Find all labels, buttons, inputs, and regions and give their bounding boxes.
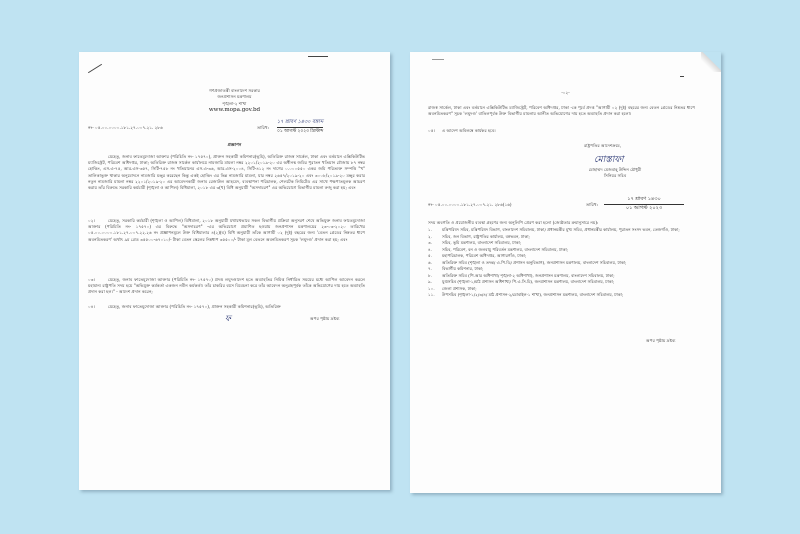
date-gregorian: ০১ আগস্ট ২০২৩ খ্রিস্টাব্দ (277, 128, 323, 135)
date-gregorian: ০১ আগস্ট ২০২৩ (604, 205, 684, 213)
scan-mark (680, 76, 684, 77)
paragraph-text: এ আদেশ অবিলম্বে কার্যকর হবে। (442, 128, 496, 133)
letterhead: গণপ্রজাতন্ত্রী বাংলাদেশ সরকার জনপ্রশাসন … (79, 88, 390, 113)
pen-mark (308, 56, 328, 57)
paragraph-text: যেহেতু, জনাব ফাতেমুদোজা আক্তার (পরিচিতি … (108, 304, 281, 309)
paragraph-number: ০৪। (88, 304, 108, 310)
paragraph-number: ০৫। (428, 128, 442, 134)
document-page-2: -০২- রাজস্ব সার্কেল, ঢাকা এবং বর্তমানে এ… (410, 52, 721, 493)
paragraph-text: যেহেতু, সরকারি কর্মচারী (শৃঙ্খলা ও আপিল)… (88, 218, 365, 242)
document-page-1: গণপ্রজাতন্ত্রী বাংলাদেশ সরকার জনপ্রশাসন … (79, 52, 390, 490)
signature: মোস্তাফা (594, 152, 624, 167)
date-bangla: ১৭ শ্রাবণ ১৪৩০ বঙ্গাব্দ (277, 119, 323, 128)
signatory-block: মোহাম্মদ মেজবাহ্ উদ্দিন চৌধুরী সিনিয়র স… (575, 167, 655, 180)
distribution-intro: সদয় অবগতি ও প্রয়োজনীয় ব্যবস্থা গ্রহণে… (428, 220, 598, 226)
signatory-title: সিনিয়র সচিব (575, 173, 655, 179)
document-heading: প্রজ্ঞাপন (79, 142, 390, 148)
reference-number: নং- ০৫.০০.০০০০.১৮১.২৭.০০৭.২১. ২৮৬(১৬) (428, 202, 512, 208)
date-label: তারিখ: (586, 202, 598, 208)
intro-paragraph: যেহেতু, জনাব ফাতেমুদোজা আক্তার (পরিচিতি … (88, 154, 365, 191)
closing-line: রাষ্ট্রপতির আদেশক্রমে, (584, 143, 621, 149)
date-bangla: ১৭ শ্রাবণ ১৪৩০ (604, 196, 684, 205)
carryover-paragraph: রাজস্ব সার্কেল, ঢাকা এবং বর্তমানে এক্সিক… (428, 105, 695, 117)
date-label: তারিখ: (257, 125, 269, 131)
paragraph-text: যেহেতু, জনাব ফাতেমুদোজা আক্তার (পরিচিতি … (88, 277, 365, 294)
folded-corner (701, 52, 721, 72)
paragraph-05: ০৫।এ আদেশ অবিলম্বে কার্যকর হবে। (428, 128, 496, 134)
paragraph-04: ০৪।যেহেতু, জনাব ফাতেমুদোজা আক্তার (পরিচি… (88, 304, 365, 310)
initial-signature: ফ (225, 313, 231, 326)
page-number: -০২- (410, 90, 721, 96)
date-block: ১৭ শ্রাবণ ১৪৩০ বঙ্গাব্দ ০১ আগস্ট ২০২৩ খ্… (277, 119, 323, 135)
continued-note: অপর পৃষ্ঠায় দ্রষ্টব্য (646, 338, 676, 344)
letterhead-website: www.mopa.gov.bd (79, 107, 390, 113)
pen-mark (88, 64, 102, 73)
distribution-text: উপসচিব (শৃঙ্খলা-১/২/৩/৪/ মাঠ প্রশাসন-২/ম… (442, 292, 695, 299)
distribution-list: ১.মন্ত্রিপরিষদ সচিব, মন্ত্রিপরিষদ বিভাগ,… (428, 227, 695, 299)
scan-mark (432, 59, 444, 60)
distribution-number: ১১. (428, 292, 442, 299)
continued-note: অপর পৃষ্ঠায় দ্রষ্টব্য (310, 316, 340, 322)
date-block: ১৭ শ্রাবণ ১৪৩০ ০১ আগস্ট ২০২৩ (604, 196, 684, 213)
distribution-item: ১১.উপসচিব (শৃঙ্খলা-১/২/৩/৪/ মাঠ প্রশাসন-… (428, 292, 695, 299)
paragraph-03: ০৩।যেহেতু, জনাব ফাতেমুদোজা আক্তার (পরিচি… (88, 277, 365, 296)
reference-number: নং- ০৫.০০.০০০০.১৮১.২৭.০০৭.২১. ২৮৬ (88, 125, 163, 131)
paragraph-02: ০২।যেহেতু, সরকারি কর্মচারী (শৃঙ্খলা ও আপ… (88, 218, 365, 243)
